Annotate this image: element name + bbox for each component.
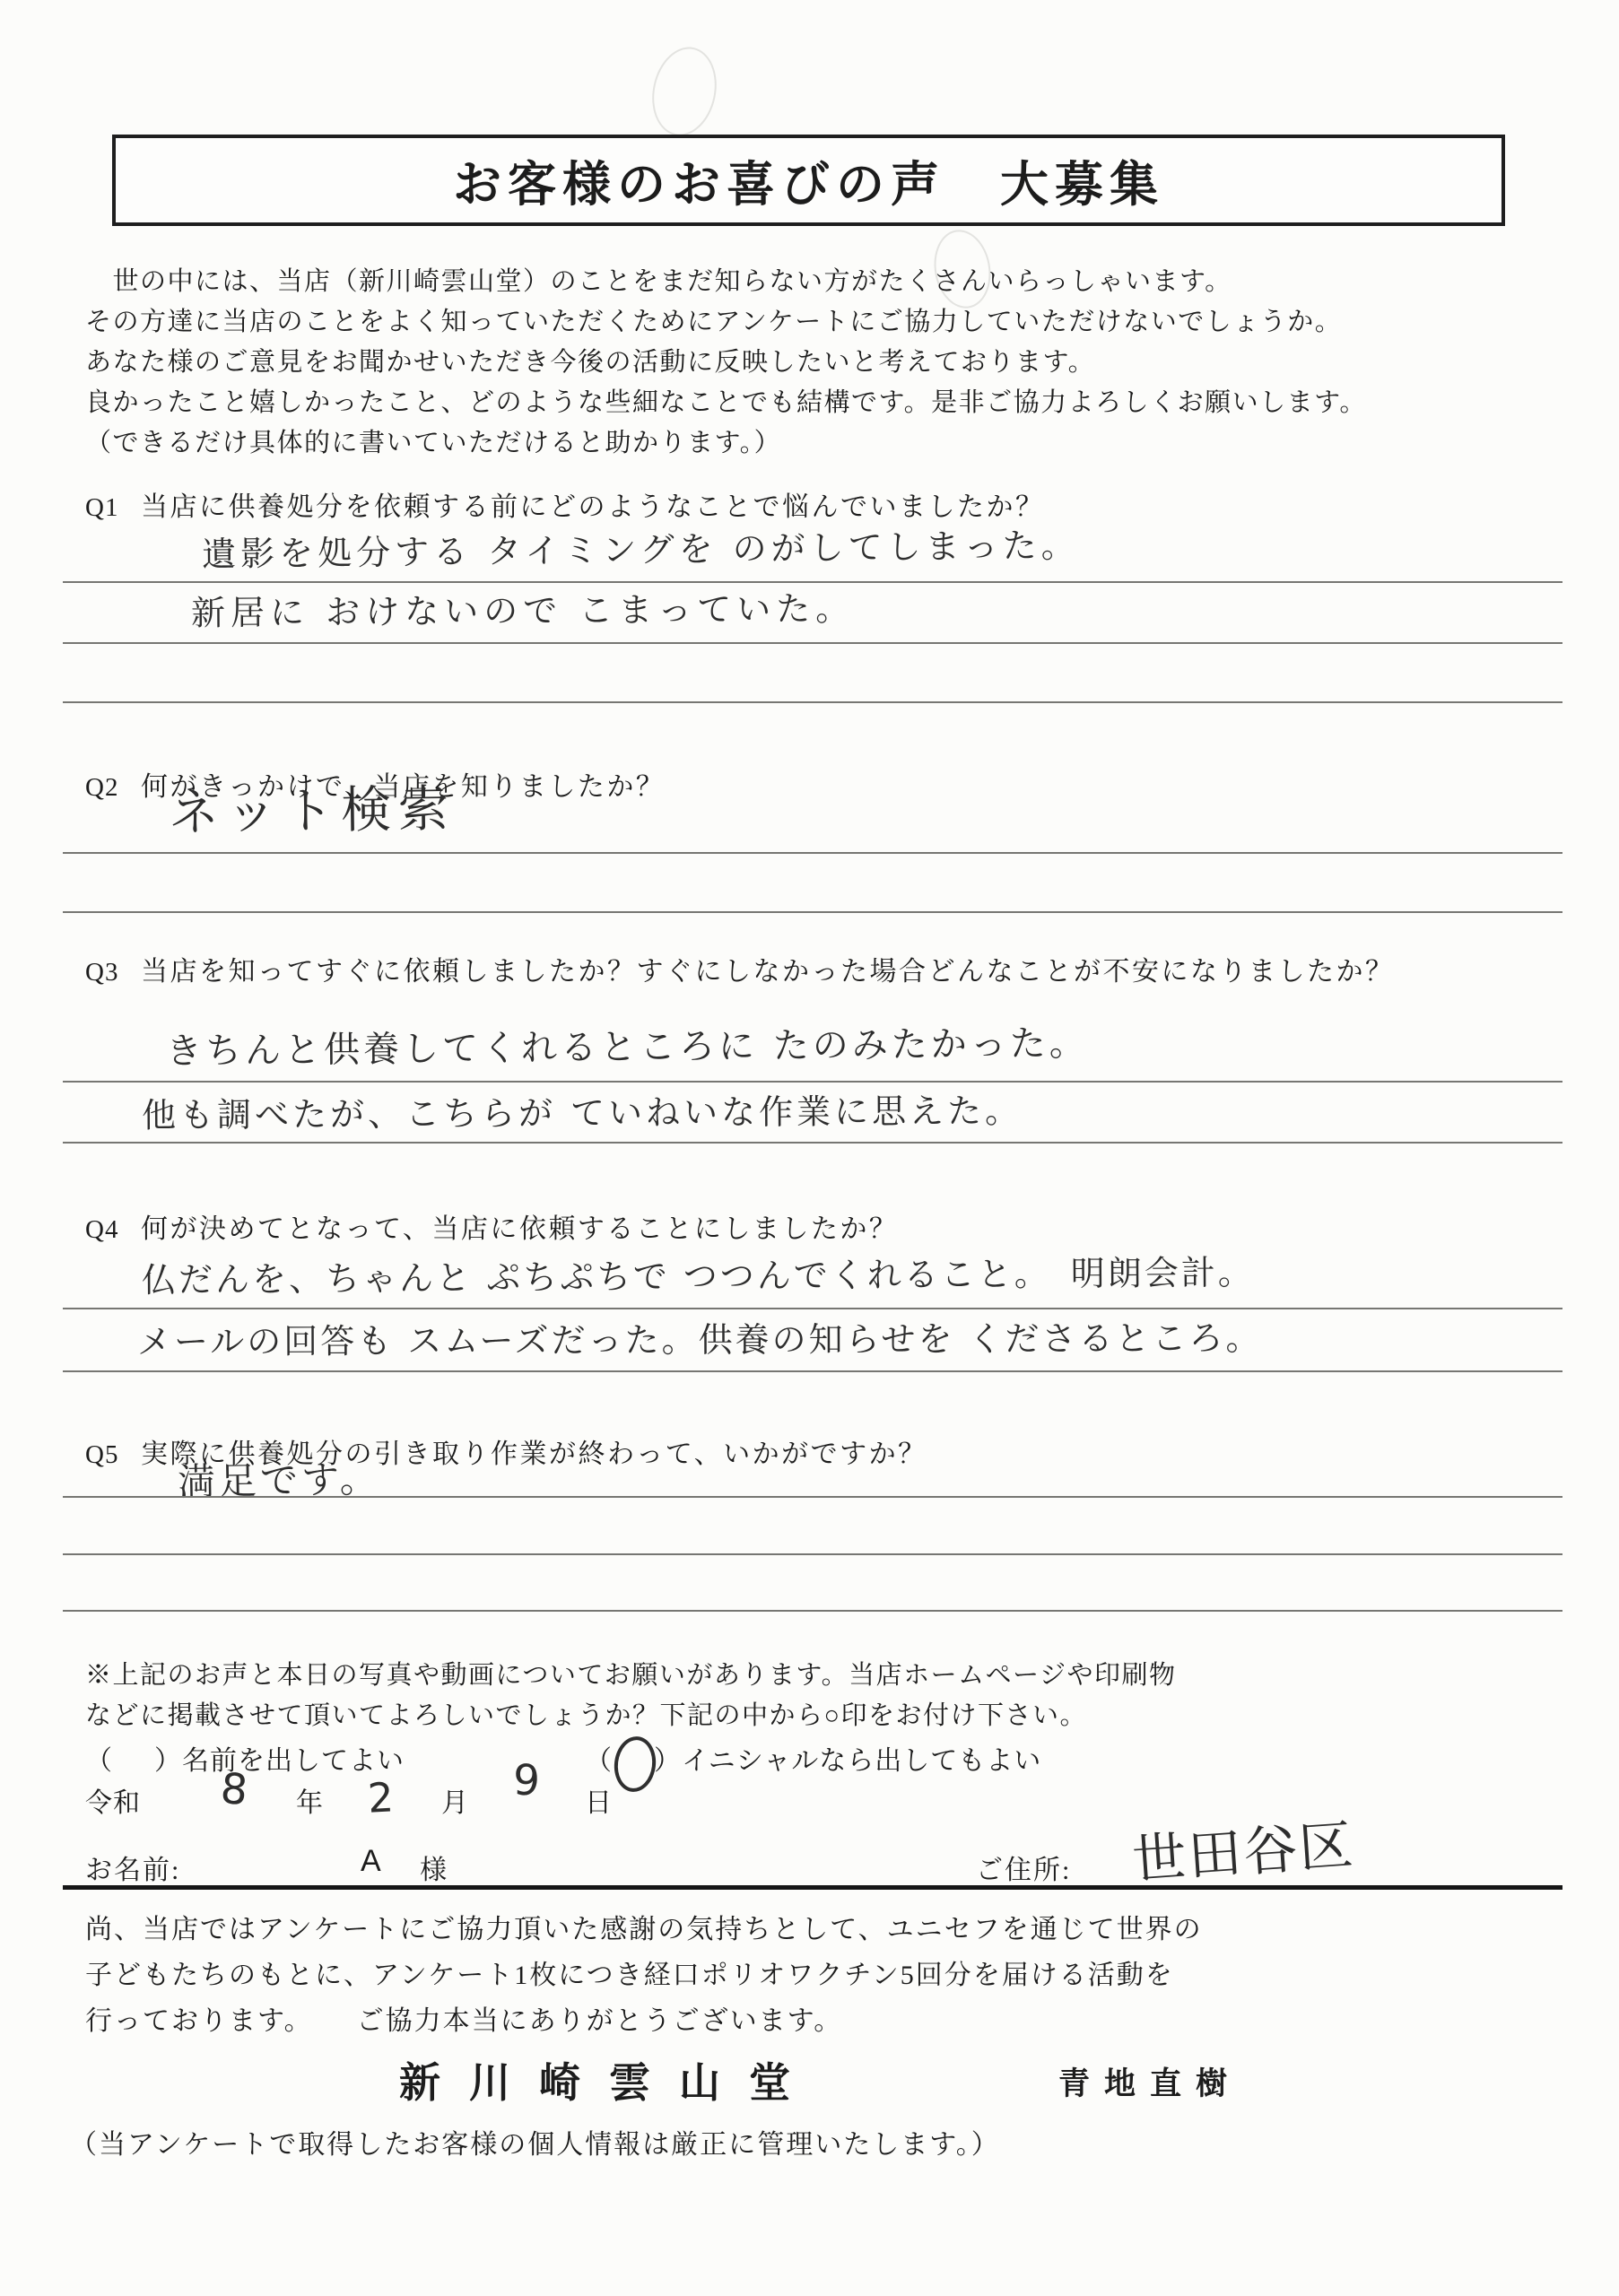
handwritten-address: 世田谷区	[1129, 1802, 1356, 1894]
question-number: Q4	[85, 1215, 141, 1245]
answer-rule	[63, 1142, 1562, 1144]
signature-rule	[63, 1885, 1562, 1890]
question-number: Q5	[85, 1440, 141, 1470]
question-number: Q3	[85, 958, 141, 987]
name-honorific: 様	[420, 1848, 448, 1887]
paren-open: （	[585, 1746, 613, 1776]
question-text: 当店に供養処分を依頼する前にどのようなことで悩んでいましたか？	[141, 492, 1045, 522]
name-label: お名前:	[85, 1848, 180, 1887]
mark-slot	[613, 1745, 654, 1781]
consent-note-line: などに掲載させて頂いてよろしいでしょうか？下記の中から○印をお付け下さい。	[85, 1695, 1087, 1732]
answer-rule	[63, 581, 1562, 583]
handwritten-answer: 満足です。	[177, 1449, 381, 1507]
privacy-note: （当アンケートで取得したお客様の個人情報は厳正に管理いたします。）	[70, 2122, 1000, 2161]
answer-rule	[63, 1496, 1562, 1498]
answer-rule	[63, 701, 1562, 703]
handwritten-answer: 遺影を処分する タイミングを のがしてしまった。	[202, 517, 1080, 576]
intro-line: 世の中には、当店（新川崎雲山堂）のことをまだ知らない方がたくさんいらっしゃいます…	[85, 262, 1574, 302]
answer-rule	[63, 1081, 1562, 1083]
handwritten-answer: 他も調べたが、こちらが ていねいな作業に思えた。	[142, 1083, 1023, 1136]
answer-rule	[63, 642, 1562, 644]
date-unit-month: 月	[441, 1780, 469, 1820]
intro-line: 良かったこと嬉しかったこと、どのような些細なことでも結構です。是非ご協力よろしく…	[85, 383, 1574, 423]
closing-line: 尚、当店ではアンケートにご協力頂いた感謝の気持ちとして、ユニセフを通じて世界の	[85, 1907, 1203, 1952]
answer-rule	[63, 911, 1562, 913]
answer-rule	[63, 1610, 1562, 1612]
option-label: 名前を出してよい	[182, 1746, 405, 1776]
answer-rule	[63, 1370, 1562, 1372]
handwritten-answer: メールの回答も スムーズだった。供養の知らせを くださるところ。	[137, 1310, 1263, 1363]
closing-line: 行っております。 ご協力本当にありがとうございます。	[85, 1998, 1203, 2044]
name-value: A	[361, 1844, 383, 1879]
answer-rule	[63, 1308, 1562, 1309]
consent-option-initial: （）イニシャルなら出してもよい	[585, 1738, 1041, 1781]
option-label: イニシャルなら出してもよい	[682, 1746, 1041, 1776]
staff-name: 青地直樹	[1058, 2059, 1241, 2104]
intro-line: あなた様のご意見をお聞かせいただき今後の活動に反映したいと考えております。	[85, 343, 1574, 383]
handwritten-answer: ネット検索	[168, 770, 456, 845]
answer-rule	[63, 1553, 1562, 1555]
question-q3: Q3当店を知ってすぐに依頼しましたか？すぐにしなかった場合どんなことが不安になり…	[85, 949, 1395, 988]
question-q4: Q4何が決めてとなって、当店に依頼することにしましたか？	[85, 1206, 898, 1246]
intro-line: （できるだけ具体的に書いていただけると助かります。）	[85, 423, 1574, 464]
consent-note-line: ※上記のお声と本日の写真や動画についてお願いがあります。当店ホームページや印刷物	[85, 1655, 1177, 1692]
handwritten-answer: 仏だんを、ちゃんと ぷちぷちで つつんでくれること。 明朗会計。	[142, 1245, 1255, 1302]
date-era: 令和	[85, 1780, 141, 1820]
shop-name: 新川崎雲山堂	[399, 2050, 819, 2109]
hand-drawn-circle-mark	[611, 1735, 658, 1795]
question-text: 何が決めてとなって、当店に依頼することにしましたか？	[141, 1214, 898, 1244]
date-unit-day: 日	[585, 1780, 613, 1820]
closing-line: 子どもたちのもとに、アンケート1枚につき経口ポリオワクチン5回分を届ける活動を	[85, 1952, 1203, 1998]
mark-slot	[113, 1745, 154, 1781]
paren-close: ）	[654, 1746, 682, 1776]
page-title: お客様のお喜びの声 大募集	[453, 146, 1164, 215]
scanned-survey-page: お客様のお喜びの声 大募集 世の中には、当店（新川崎雲山堂）のことをまだ知らない…	[0, 0, 1619, 2296]
question-number: Q2	[85, 773, 141, 803]
address-label: ご住所:	[976, 1848, 1071, 1887]
closing-paragraph: 尚、当店ではアンケートにご協力頂いた感謝の気持ちとして、ユニセフを通じて世界の …	[85, 1907, 1203, 2044]
title-box: お客様のお喜びの声 大募集	[112, 135, 1505, 226]
intro-line: その方達に当店のことをよく知っていただくためにアンケートにご協力していただけない…	[85, 302, 1574, 343]
handwritten-year: 8	[219, 1764, 250, 1815]
scan-smudge	[644, 41, 724, 142]
date-unit-year: 年	[296, 1780, 324, 1820]
question-text: 当店を知ってすぐに依頼しましたか？すぐにしなかった場合どんなことが不安になりまし…	[141, 957, 1395, 987]
paren-close: ）	[154, 1746, 182, 1776]
question-q1: Q1当店に供養処分を依頼する前にどのようなことで悩んでいましたか？	[85, 484, 1045, 524]
answer-rule	[63, 852, 1562, 854]
handwritten-answer: 新居に おけないので こまっていた。	[191, 580, 856, 634]
intro-paragraph: 世の中には、当店（新川崎雲山堂）のことをまだ知らない方がたくさんいらっしゃいます…	[85, 262, 1574, 464]
paren-open: （	[85, 1746, 113, 1776]
handwritten-answer: きちんと供養してくれるところに たのみたかった。	[166, 1015, 1089, 1074]
handwritten-day: 9	[512, 1755, 541, 1805]
handwritten-month: 2	[367, 1773, 395, 1822]
question-number: Q1	[85, 493, 141, 523]
